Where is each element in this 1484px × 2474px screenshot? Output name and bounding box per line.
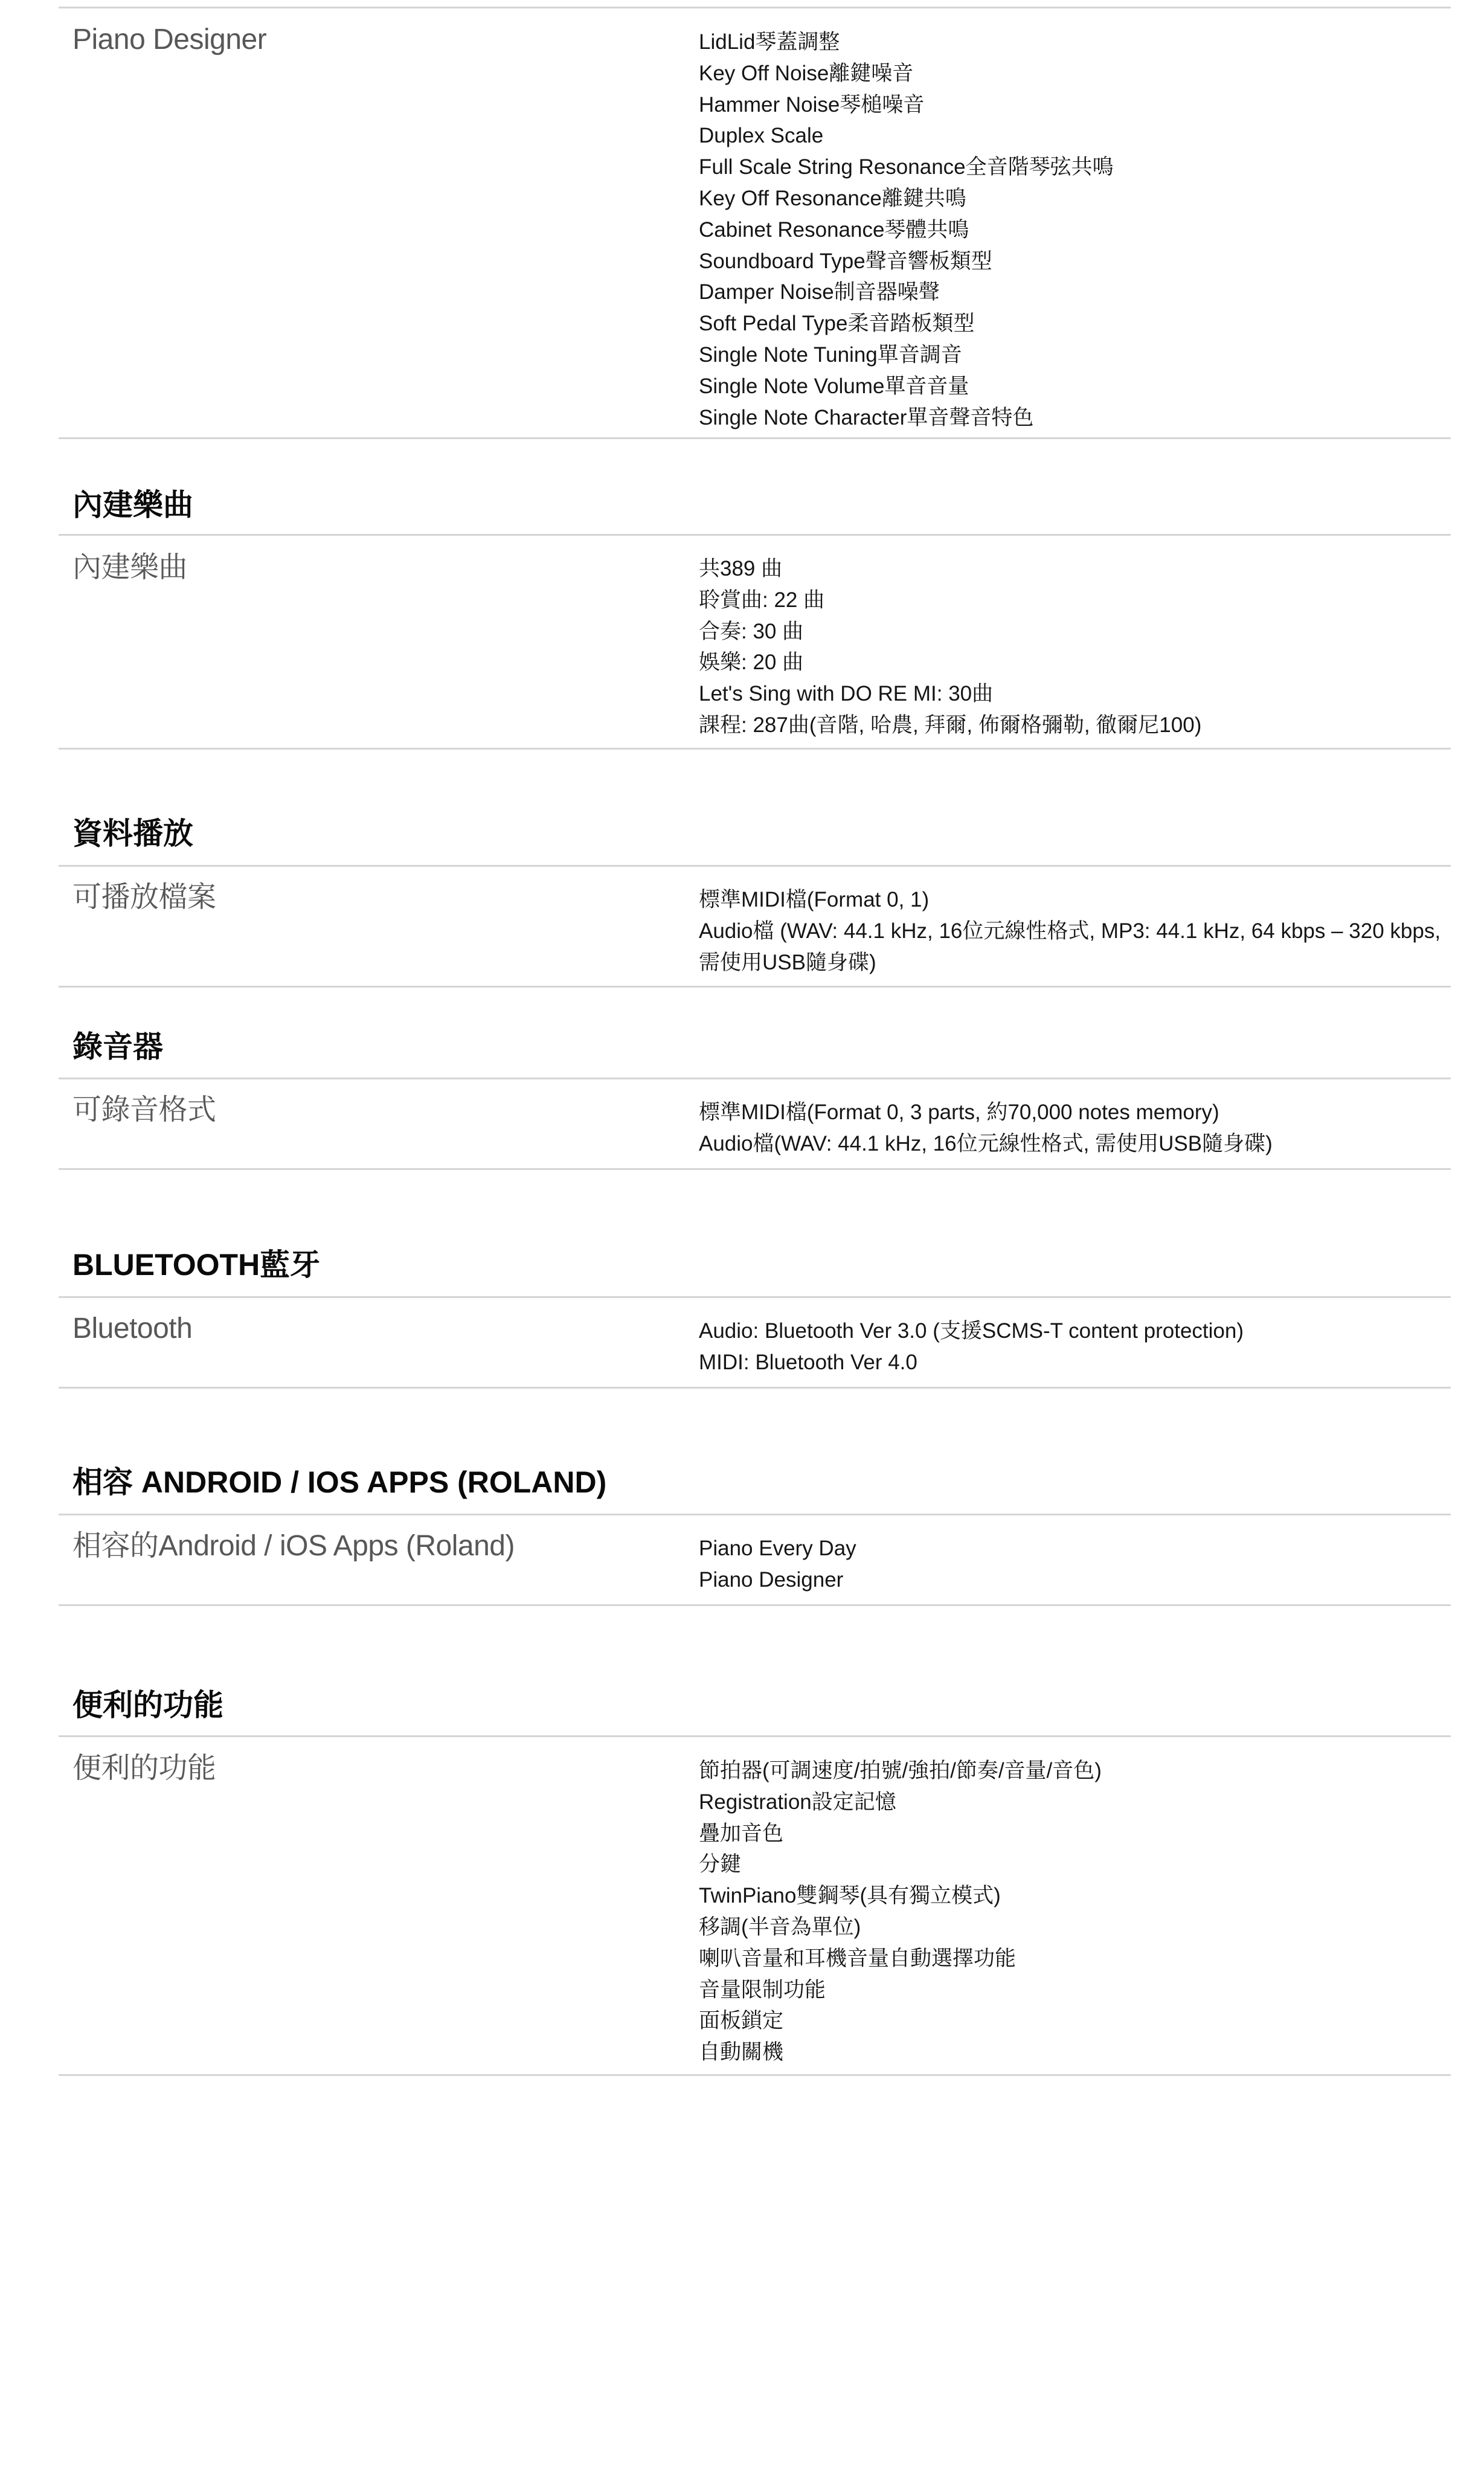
value-item: TwinPiano雙鋼琴(具有獨立模式) <box>699 1880 1442 1912</box>
row-values-convenient-functions: 節拍器(可調速度/拍號/強拍/節奏/音量/音色) Registration設定記… <box>699 1755 1442 2068</box>
value-item: Duplex Scale <box>699 120 1442 152</box>
row-label-playable-files: 可播放檔案 <box>72 879 216 916</box>
value-item: MIDI: Bluetooth Ver 4.0 <box>699 1347 1442 1378</box>
value-item: 合奏: 30 曲 <box>699 616 1442 647</box>
value-item: 分鍵 <box>699 1849 1442 1880</box>
value-item: Single Note Tuning單音調音 <box>699 339 1442 371</box>
value-item: Piano Designer <box>699 1564 1442 1596</box>
value-item: 喇叭音量和耳機音量自動選擇功能 <box>699 1943 1442 1974</box>
row-label-convenient-functions: 便利的功能 <box>72 1750 216 1787</box>
section-heading-data-playback: 資料播放 <box>72 815 193 852</box>
row-values-built-in-songs: 共389 曲 聆賞曲: 22 曲 合奏: 30 曲 娛樂: 20 曲 Let's… <box>699 553 1442 741</box>
value-item: LidLid琴蓋調整 <box>699 27 1442 58</box>
divider <box>59 1168 1451 1170</box>
section-heading-built-in-songs: 內建樂曲 <box>72 487 193 523</box>
value-item: Damper Noise制音器噪聲 <box>699 277 1442 308</box>
value-item: 標準MIDI檔(Format 0, 1) <box>699 884 1442 916</box>
divider <box>59 2074 1451 2076</box>
divider <box>59 7 1451 8</box>
value-item: Single Note Volume單音音量 <box>699 371 1442 402</box>
value-item: Cabinet Resonance琴體共鳴 <box>699 214 1442 246</box>
value-item: Audio檔(WAV: 44.1 kHz, 16位元線性格式, 需使用USB隨身… <box>699 1128 1442 1160</box>
value-item: 聆賞曲: 22 曲 <box>699 585 1442 616</box>
value-item: 共389 曲 <box>699 553 1442 585</box>
value-item: Registration設定記憶 <box>699 1787 1442 1818</box>
value-item: Soundboard Type聲音響板類型 <box>699 246 1442 277</box>
divider <box>59 1387 1451 1389</box>
value-item: Key Off Resonance離鍵共鳴 <box>699 183 1442 214</box>
value-item: Audio: Bluetooth Ver 3.0 (支援SCMS-T conte… <box>699 1316 1442 1347</box>
row-values-playable-files: 標準MIDI檔(Format 0, 1) Audio檔 (WAV: 44.1 k… <box>699 884 1442 978</box>
value-item: Audio檔 (WAV: 44.1 kHz, 16位元線性格式, MP3: 44… <box>699 916 1442 978</box>
value-item: Let's Sing with DO RE MI: 30曲 <box>699 678 1442 710</box>
section-heading-recorder: 錄音器 <box>72 1029 163 1065</box>
value-item: 移調(半音為單位) <box>699 1912 1442 1943</box>
row-label-bluetooth: Bluetooth <box>72 1311 192 1347</box>
row-values-compatible-apps: Piano Every Day Piano Designer <box>699 1533 1442 1596</box>
value-item: Key Off Noise離鍵噪音 <box>699 58 1442 89</box>
row-values-piano-designer: LidLid琴蓋調整 Key Off Noise離鍵噪音 Hammer Nois… <box>699 27 1442 433</box>
row-values-recording-formats: 標準MIDI檔(Format 0, 3 parts, 約70,000 notes… <box>699 1097 1442 1160</box>
divider <box>59 986 1451 988</box>
value-item: 標準MIDI檔(Format 0, 3 parts, 約70,000 notes… <box>699 1097 1442 1128</box>
value-item: 娛樂: 20 曲 <box>699 647 1442 678</box>
value-item: 自動關機 <box>699 2037 1442 2068</box>
row-label-built-in-songs: 內建樂曲 <box>72 550 187 586</box>
value-item: 面板鎖定 <box>699 2005 1442 2037</box>
row-label-recording-formats: 可錄音格式 <box>72 1092 216 1128</box>
divider <box>59 534 1451 536</box>
value-item: 課程: 287曲(音階, 哈農, 拜爾, 佈爾格彌勒, 徹爾尼100) <box>699 710 1442 741</box>
value-item: 疊加音色 <box>699 1818 1442 1849</box>
row-label-compatible-apps: 相容的Android / iOS Apps (Roland) <box>72 1528 515 1564</box>
divider <box>59 1514 1451 1515</box>
value-item: Single Note Character單音聲音特色 <box>699 402 1442 434</box>
divider <box>59 1604 1451 1606</box>
divider <box>59 437 1451 439</box>
section-heading-bluetooth: BLUETOOTH藍牙 <box>72 1247 320 1283</box>
value-item: 節拍器(可調速度/拍號/強拍/節奏/音量/音色) <box>699 1755 1442 1787</box>
value-item: Full Scale String Resonance全音階琴弦共鳴 <box>699 152 1442 183</box>
row-values-bluetooth: Audio: Bluetooth Ver 3.0 (支援SCMS-T conte… <box>699 1316 1442 1378</box>
section-heading-convenient-functions: 便利的功能 <box>72 1687 223 1723</box>
value-item: Piano Every Day <box>699 1533 1442 1564</box>
value-item: Soft Pedal Type柔音踏板類型 <box>699 308 1442 339</box>
divider <box>59 865 1451 867</box>
value-item: 音量限制功能 <box>699 1974 1442 2006</box>
row-label-piano-designer: Piano Designer <box>72 22 266 58</box>
divider <box>59 748 1451 750</box>
divider <box>59 1296 1451 1298</box>
section-heading-compatible-apps: 相容 ANDROID / IOS APPS (ROLAND) <box>72 1464 606 1500</box>
value-item: Hammer Noise琴槌噪音 <box>699 89 1442 121</box>
divider <box>59 1078 1451 1079</box>
divider <box>59 1735 1451 1737</box>
